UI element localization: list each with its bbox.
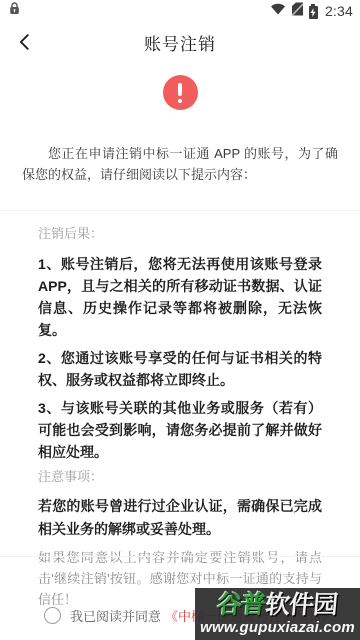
agreement-label: 我已阅读并同意 bbox=[70, 606, 161, 625]
lock-icon bbox=[9, 2, 20, 20]
back-button[interactable] bbox=[8, 26, 42, 60]
site-watermark: 谷普软件园 www.gupuxiazai.com bbox=[195, 588, 360, 640]
exclamation-circle-icon bbox=[163, 75, 198, 110]
header: 账号注销 bbox=[0, 22, 360, 62]
wifi-icon bbox=[270, 2, 286, 20]
divider bbox=[0, 556, 360, 557]
no-sim-icon bbox=[291, 2, 304, 21]
chevron-left-icon bbox=[14, 31, 36, 56]
battery-charging-icon bbox=[309, 4, 318, 19]
divider bbox=[0, 210, 360, 211]
consequences-label: 注销后果： bbox=[38, 225, 322, 243]
consequence-item-3: 3、与该账号关联的其他业务或服务（若有）可能也会受到影响，请您务必提前了解并做好… bbox=[38, 397, 322, 463]
status-time: 2:34 bbox=[325, 3, 353, 19]
agree-checkbox[interactable] bbox=[44, 607, 61, 624]
status-bar: 2:34 bbox=[0, 0, 360, 22]
note-paragraph: 若您的账号曾进行过企业认证，需确保已完成相关业务的解绑或妥善处理。 bbox=[38, 495, 322, 541]
intro-paragraph: 您正在申请注销中标一证通 APP 的账号，为了确保您的权益，请仔细阅读以下提示内… bbox=[22, 143, 338, 185]
watermark-url: www.gupuxiazai.com bbox=[200, 619, 355, 636]
watermark-name-green: 谷普 bbox=[216, 591, 266, 619]
notice-body: 注销后果： 1、账号注销后，您将无法再使用该账号登录APP，且与之相关的所有移动… bbox=[0, 225, 360, 610]
consequence-item-1: 1、账号注销后，您将无法再使用该账号登录APP，且与之相关的所有移动证书数据、认… bbox=[38, 253, 322, 341]
page-title: 账号注销 bbox=[144, 30, 216, 55]
consequence-item-2: 2、您通过该账号享受的任何与证书相关的特权、服务或权益都将立即终止。 bbox=[38, 347, 322, 391]
watermark-logo: 谷普软件园 bbox=[216, 592, 338, 619]
notes-label: 注意事项： bbox=[38, 468, 322, 486]
app-screen: 2:34 账号注销 您正在申请注销中标一证通 APP 的账号，为了确保您的权益，… bbox=[0, 0, 360, 640]
watermark-name-white: 软件园 bbox=[264, 591, 338, 619]
